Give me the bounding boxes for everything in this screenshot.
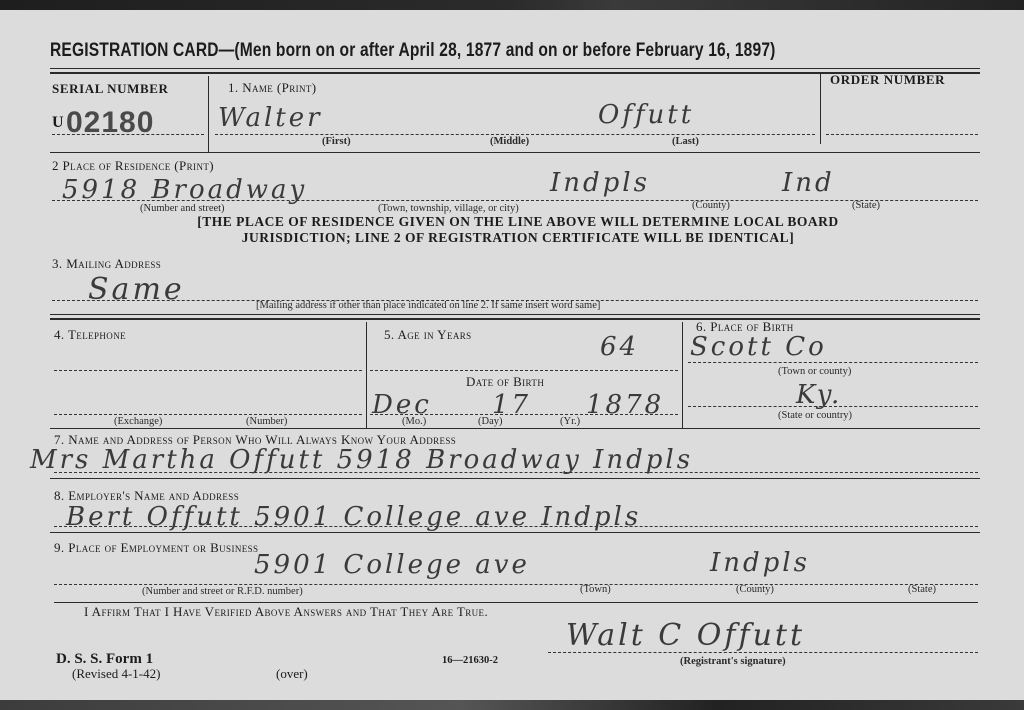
divider (820, 74, 821, 144)
exchange-caption: (Exchange) (114, 416, 162, 427)
order-number-field[interactable] (826, 134, 978, 135)
last-name-value[interactable]: Offutt (598, 100, 694, 130)
notice-line-1: [THE PLACE OF RESIDENCE GIVEN ON THE LIN… (110, 214, 926, 230)
first-caption: (First) (322, 136, 351, 147)
middle-caption: (Middle) (490, 136, 529, 147)
employment-county-caption: (County) (736, 584, 774, 595)
residence-underline (52, 200, 978, 201)
employment-town-value[interactable]: Indpls (710, 548, 810, 578)
serial-underline (52, 134, 204, 135)
last-caption: (Last) (672, 136, 699, 147)
birthplace-state-caption: (State or country) (778, 410, 852, 421)
telephone-exchange-field[interactable] (54, 370, 362, 371)
birthplace-state-underline (688, 406, 978, 407)
name-underline (215, 134, 815, 135)
state-caption: (State) (852, 200, 880, 211)
birthplace-town-caption: (Town or county) (778, 366, 851, 377)
affirmation-text: I Affirm That I Have Verified Above Answ… (84, 604, 488, 620)
dob-year-value[interactable]: 1878 (586, 390, 664, 420)
over-note: (over) (276, 666, 308, 682)
residence-state-value[interactable]: Ind (782, 168, 835, 198)
serial-number-label: SERIAL NUMBER (52, 81, 169, 97)
dob-underline (370, 414, 678, 415)
rule (50, 68, 980, 69)
employer-value[interactable]: Bert Offutt 5901 College ave Indpls (66, 502, 641, 532)
signature-caption: (Registrant's signature) (680, 656, 786, 667)
telephone-number-field[interactable] (54, 414, 362, 415)
serial-prefix: U (52, 114, 64, 132)
mailing-label: 3. Mailing Address (52, 256, 161, 272)
employment-street-value[interactable]: 5901 College ave (254, 550, 530, 580)
day-caption: (Day) (478, 416, 503, 427)
month-caption: (Mo.) (402, 416, 426, 427)
mailing-value[interactable]: Same (88, 272, 185, 307)
birthplace-town-value[interactable]: Scott Co (690, 332, 827, 362)
contact-value[interactable]: Mrs Martha Offutt 5918 Broadway Indpls (30, 445, 693, 475)
rule (50, 314, 980, 315)
notice-line-2: JURISDICTION; LINE 2 OF REGISTRATION CER… (110, 230, 926, 246)
telephone-label: 4. Telephone (54, 327, 126, 343)
signature-value[interactable]: Walt C Offutt (566, 618, 805, 653)
street-caption: (Number and street) (140, 203, 225, 214)
rule (50, 478, 980, 479)
divider (208, 76, 209, 152)
employment-town-caption: (Town) (580, 584, 611, 595)
divider (366, 322, 367, 428)
signature-underline (548, 652, 978, 653)
first-name-value[interactable]: Walter (218, 103, 323, 133)
birthplace-town-underline (688, 362, 978, 363)
town-caption: (Town, township, village, or city) (378, 203, 519, 214)
rule (50, 428, 980, 429)
dob-label: Date of Birth (466, 374, 544, 390)
print-code: 16—21630-2 (442, 655, 498, 666)
age-underline (370, 370, 678, 371)
age-label: 5. Age in Years (384, 327, 472, 343)
mailing-caption: [Mailing address if other than place ind… (256, 300, 600, 311)
age-value[interactable]: 64 (600, 332, 639, 362)
residence-notice: [THE PLACE OF RESIDENCE GIVEN ON THE LIN… (110, 214, 926, 246)
residence-label: 2 Place of Residence (Print) (52, 158, 214, 174)
employment-label: 9. Place of Employment or Business (54, 540, 258, 556)
rule (50, 318, 980, 320)
rule (50, 152, 980, 153)
rule (50, 532, 980, 533)
form-revised: (Revised 4-1-42) (72, 666, 160, 682)
name-label: 1. Name (Print) (228, 80, 317, 96)
year-caption: (Yr.) (560, 416, 580, 427)
employment-street-caption: (Number and street or R.F.D. number) (142, 586, 303, 597)
rule (54, 602, 978, 603)
county-caption: (County) (692, 200, 730, 211)
employment-underline (54, 584, 978, 585)
divider (682, 322, 683, 428)
residence-town-value[interactable]: Indpls (550, 168, 650, 198)
employment-state-caption: (State) (908, 584, 936, 595)
order-number-label: ORDER NUMBER (830, 72, 945, 88)
scan-bottom-edge (0, 700, 1024, 710)
registration-card: REGISTRATION CARD—(Men born on or after … (0, 10, 1024, 700)
number-caption: (Number) (246, 416, 287, 427)
contact-underline (54, 472, 978, 473)
card-title: REGISTRATION CARD—(Men born on or after … (50, 40, 776, 62)
employer-underline (54, 526, 978, 527)
